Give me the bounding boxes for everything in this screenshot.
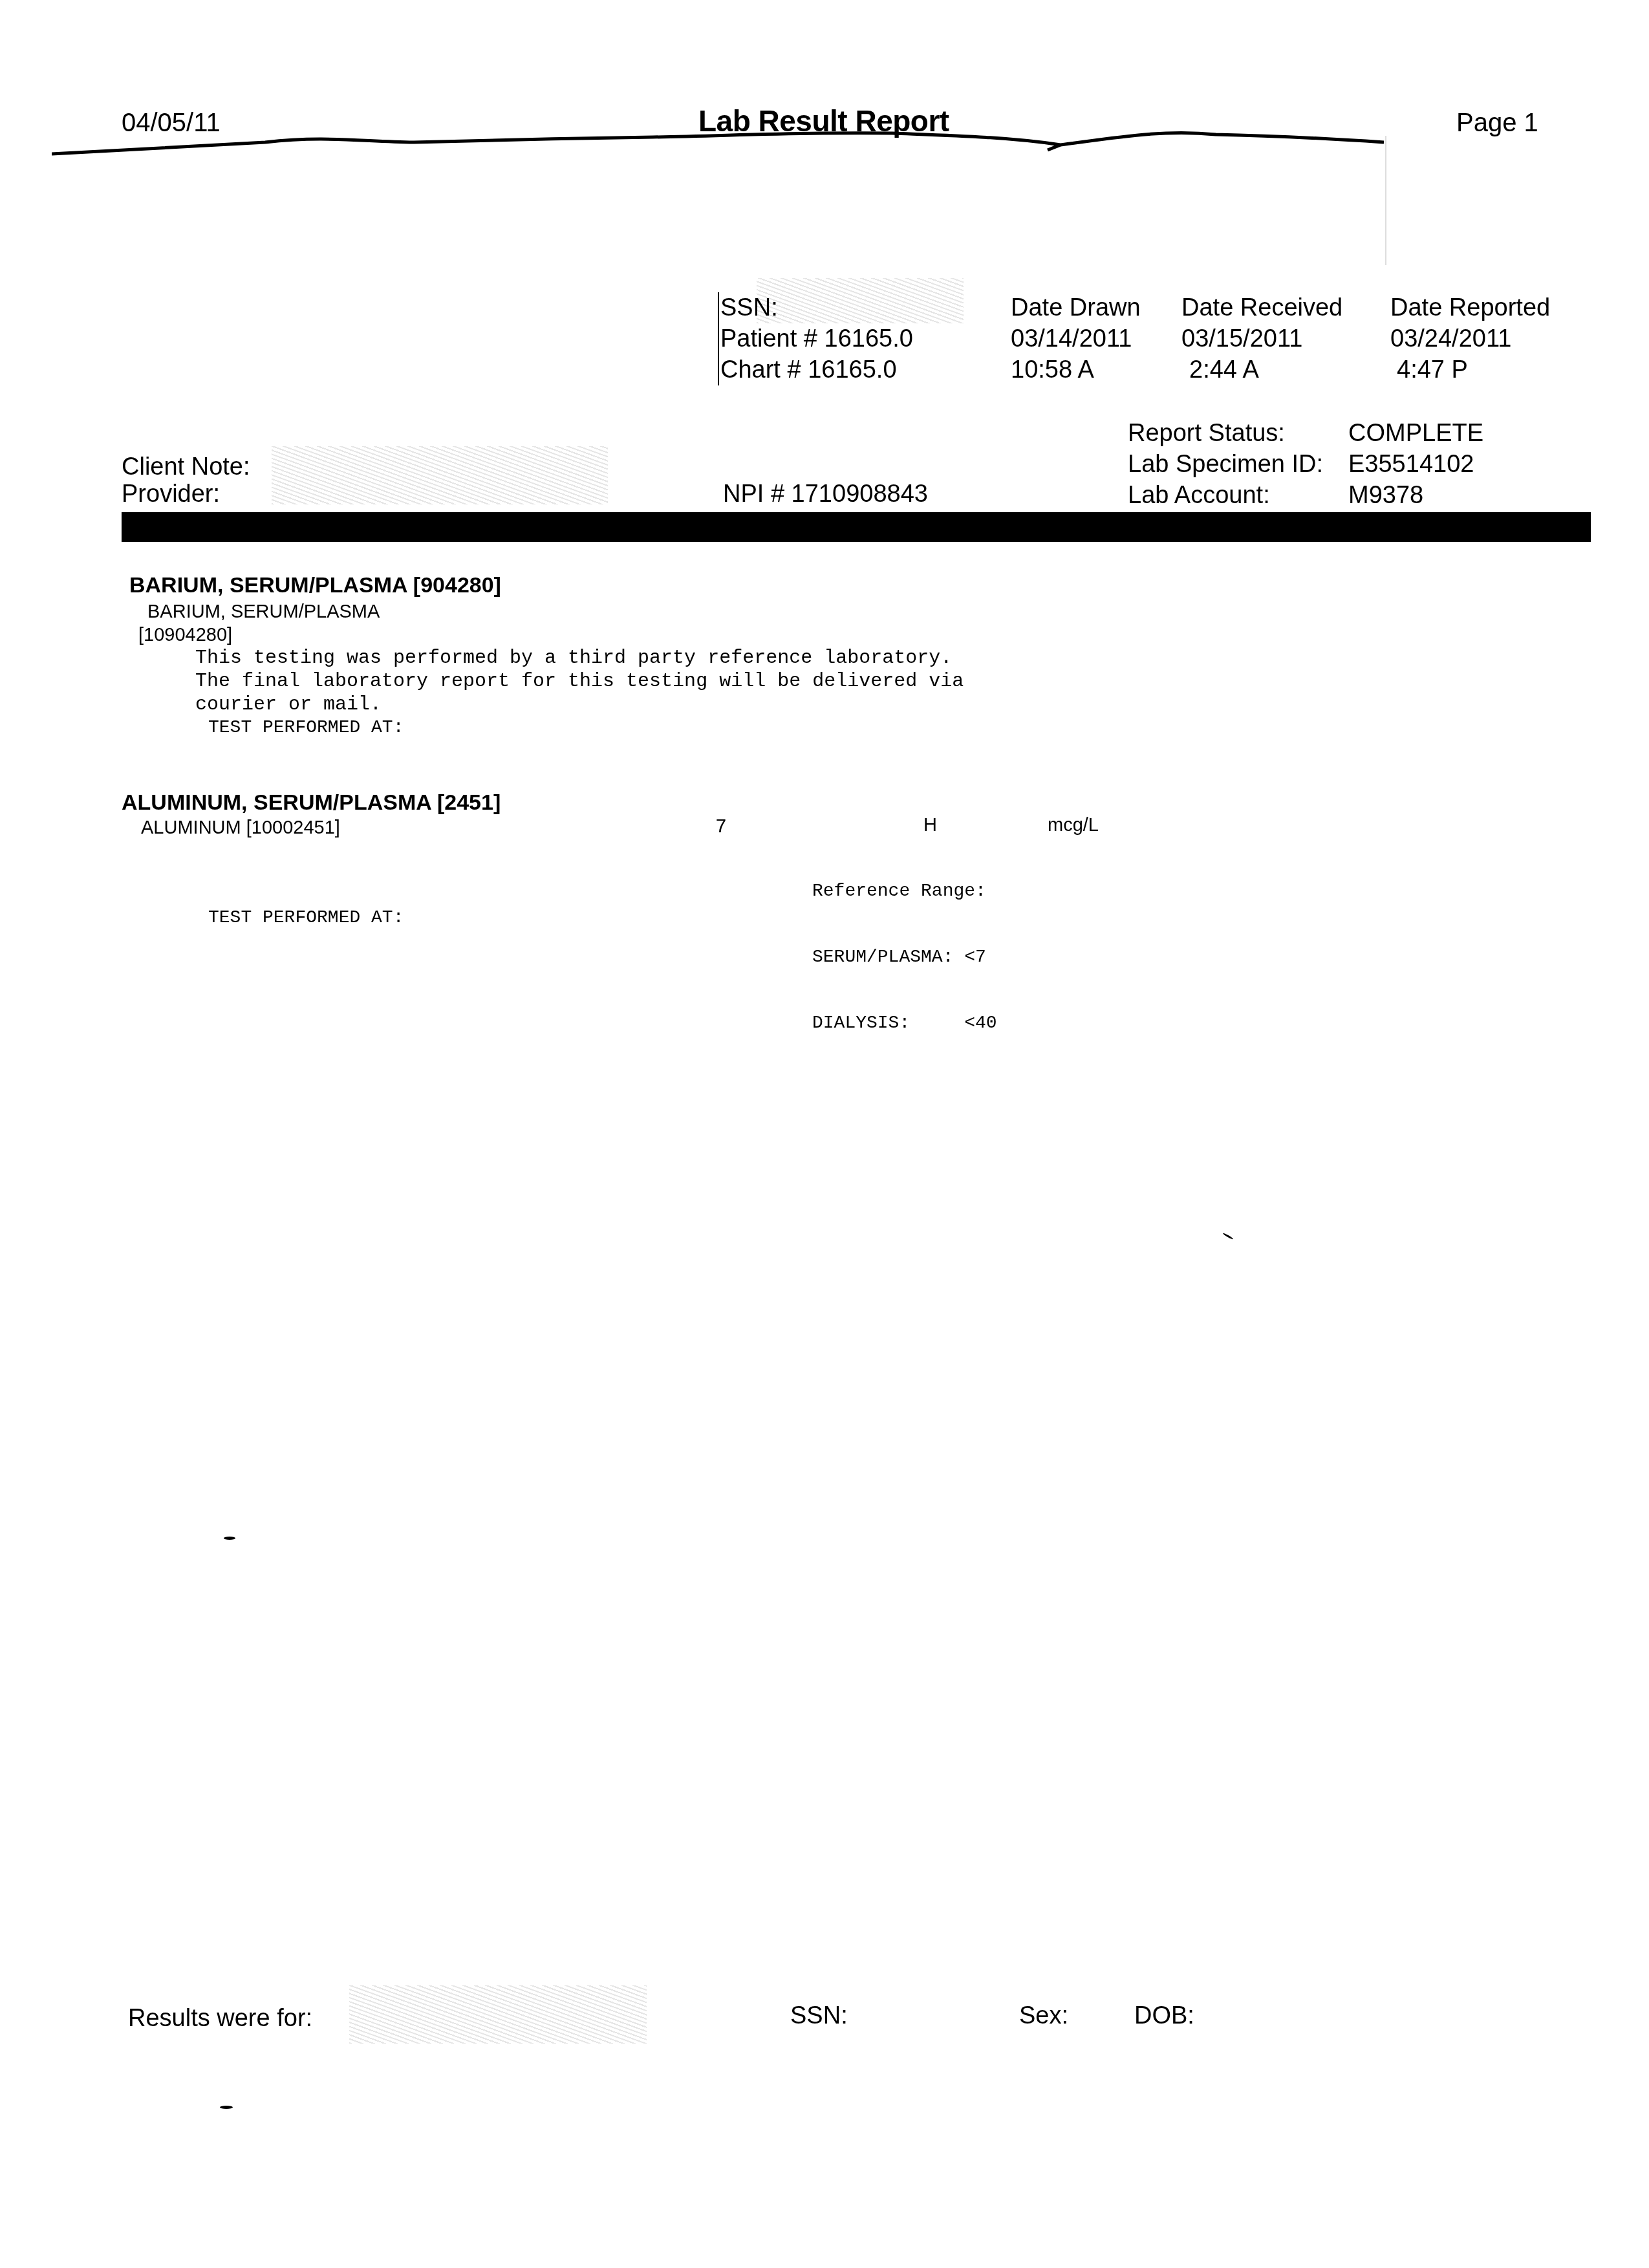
scan-speck [224, 1537, 235, 1540]
report-status-value: COMPLETE [1348, 418, 1483, 449]
patient-number: Patient # 16165.0 [720, 323, 913, 354]
patient-name-redaction [349, 1985, 647, 2044]
date-drawn-column: Date Drawn 03/14/2011 10:58 A [1011, 292, 1141, 385]
scan-speck [220, 2106, 233, 2109]
footer-ssn-label: SSN: [790, 2002, 848, 2030]
note-line: The final laboratory report for this tes… [195, 670, 964, 693]
results-for-label: Results were for: [128, 2005, 312, 2033]
report-status-label: Report Status: [1128, 418, 1323, 449]
note-line: courier or mail. [195, 693, 964, 717]
report-info-labels: Report Status: Lab Specimen ID: Lab Acco… [1128, 418, 1323, 511]
reference-line: DIALYSIS: <40 [812, 1013, 997, 1035]
lab-account-label: Lab Account: [1128, 480, 1323, 511]
date-reported-label: Date Reported [1390, 292, 1550, 323]
test-heading-barium: BARIUM, SERUM/PLASMA [904280] [129, 573, 501, 598]
lab-account-value: M9378 [1348, 480, 1483, 511]
test-result-aluminum: 7 [715, 816, 727, 839]
test-performed-at-barium: TEST PERFORMED AT: [208, 717, 404, 740]
date-drawn-time: 10:58 A [1011, 354, 1141, 385]
footer-dob-label: DOB: [1134, 2002, 1194, 2030]
footer-sex-label: Sex: [1019, 2002, 1068, 2030]
lab-specimen-value: E35514102 [1348, 449, 1483, 480]
test-flag-aluminum: H [923, 814, 937, 837]
test-notes-barium: This testing was performed by a third pa… [195, 647, 964, 717]
header-rule [52, 123, 1397, 162]
reference-range-aluminum: Reference Range: SERUM/PLASMA: <7 DIALYS… [812, 837, 997, 1057]
test-heading-aluminum: ALUMINUM, SERUM/PLASMA [2451] [122, 790, 501, 815]
date-drawn-value: 03/14/2011 [1011, 323, 1141, 354]
section-divider-bar [122, 512, 1591, 542]
date-received-column: Date Received 03/15/2011 2:44 A [1181, 292, 1342, 385]
chart-number: Chart # 16165.0 [720, 354, 913, 385]
date-reported-value: 03/24/2011 [1390, 323, 1550, 354]
page-number: Page 1 [1456, 109, 1538, 138]
test-component-aluminum: ALUMINUM [10002451] [141, 816, 340, 839]
provider-label: Provider: [122, 479, 220, 510]
date-drawn-label: Date Drawn [1011, 292, 1141, 323]
note-line: This testing was performed by a third pa… [195, 647, 964, 670]
npi-number: NPI # 1710908843 [723, 479, 928, 510]
date-reported-time: 4:47 P [1390, 354, 1550, 385]
patient-info: SSN: Patient # 16165.0 Chart # 16165.0 [718, 292, 913, 385]
test-units-aluminum: mcg/L [1048, 814, 1099, 837]
reference-line: SERUM/PLASMA: <7 [812, 947, 997, 969]
report-info-values: COMPLETE E35514102 M9378 [1348, 418, 1483, 511]
test-performed-at-aluminum: TEST PERFORMED AT: [208, 907, 404, 930]
date-received-label: Date Received [1181, 292, 1342, 323]
test-component-barium: BARIUM, SERUM/PLASMA [147, 600, 380, 623]
lab-specimen-label: Lab Specimen ID: [1128, 449, 1323, 480]
client-note-label: Client Note: [122, 451, 250, 482]
date-received-value: 03/15/2011 [1181, 323, 1342, 354]
test-component-code-barium: [10904280] [138, 623, 232, 647]
ssn-label: SSN: [720, 292, 913, 323]
scan-speck [1222, 1233, 1233, 1240]
date-reported-column: Date Reported 03/24/2011 4:47 P [1390, 292, 1550, 385]
date-received-time: 2:44 A [1181, 354, 1342, 385]
header-edge-line [1385, 136, 1386, 265]
provider-redaction [272, 446, 608, 504]
reference-line: Reference Range: [812, 881, 997, 903]
